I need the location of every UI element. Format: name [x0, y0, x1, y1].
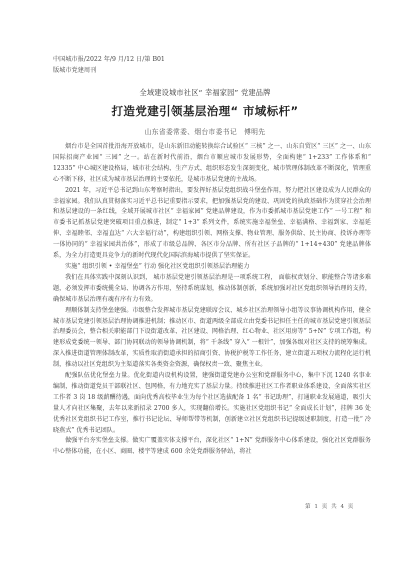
article-author: 山东省委常委、烟台市委书记 傅明先 — [0, 126, 410, 136]
page-indicator: 第 1 页 共 4 页 — [305, 502, 354, 510]
source-line: 中国城市报/2022 年/9 月/12 日/第 B01 — [53, 54, 165, 65]
document-page: 中国城市报/2022 年/9 月/12 日/第 B01 版城市党建周刊 全域建设… — [0, 0, 410, 580]
section-line: 版城市党建周刊 — [53, 65, 165, 76]
paragraph: 配强队伍优化堡垒力量。优化街道内设机构设置，建强街道党建办公室和党群服务中心，集… — [53, 371, 371, 436]
article-subtitle: 全域建设城市社区“ 幸福家园” 党建品牌 — [0, 88, 410, 98]
paragraph: 2021 年，习近平总书记到山东考察时指出，要发挥好基层党组织战斗堡垒作用，努力… — [53, 186, 371, 262]
article-title: 打造党建引领基层治理“ 市域标杆” — [0, 103, 410, 119]
article-body: 烟台市是全国首批沿海开放城市，是山东新旧动能转换综合试验区“ 三核” 之一、山东… — [53, 142, 371, 458]
paragraph: 理顺体制支持堡垒建强。市级整合发挥城市基层党建联席会议、城乡社区治理领导小组等议… — [53, 306, 371, 371]
publication-meta: 中国城市报/2022 年/9 月/12 日/第 B01 版城市党建周刊 — [53, 54, 165, 76]
paragraph: 我们在具体实践中深刻认识到， 城市基层党建引领基层治理是一项系统工程， 面临权责… — [53, 273, 371, 306]
section-heading: 实施“ 组织引领 • 幸福堡垒” 行动 强化社区党组织引领基层治理能力 — [53, 262, 371, 273]
paragraph: 做强平台夯实堡垒支撑。做实广覆盖实体支撑平台，深化社区“ 1+N” 党群服务中心… — [53, 436, 371, 458]
paragraph: 烟台市是全国首批沿海开放城市，是山东新旧动能转换综合试验区“ 三核” 之一、山东… — [53, 142, 371, 186]
